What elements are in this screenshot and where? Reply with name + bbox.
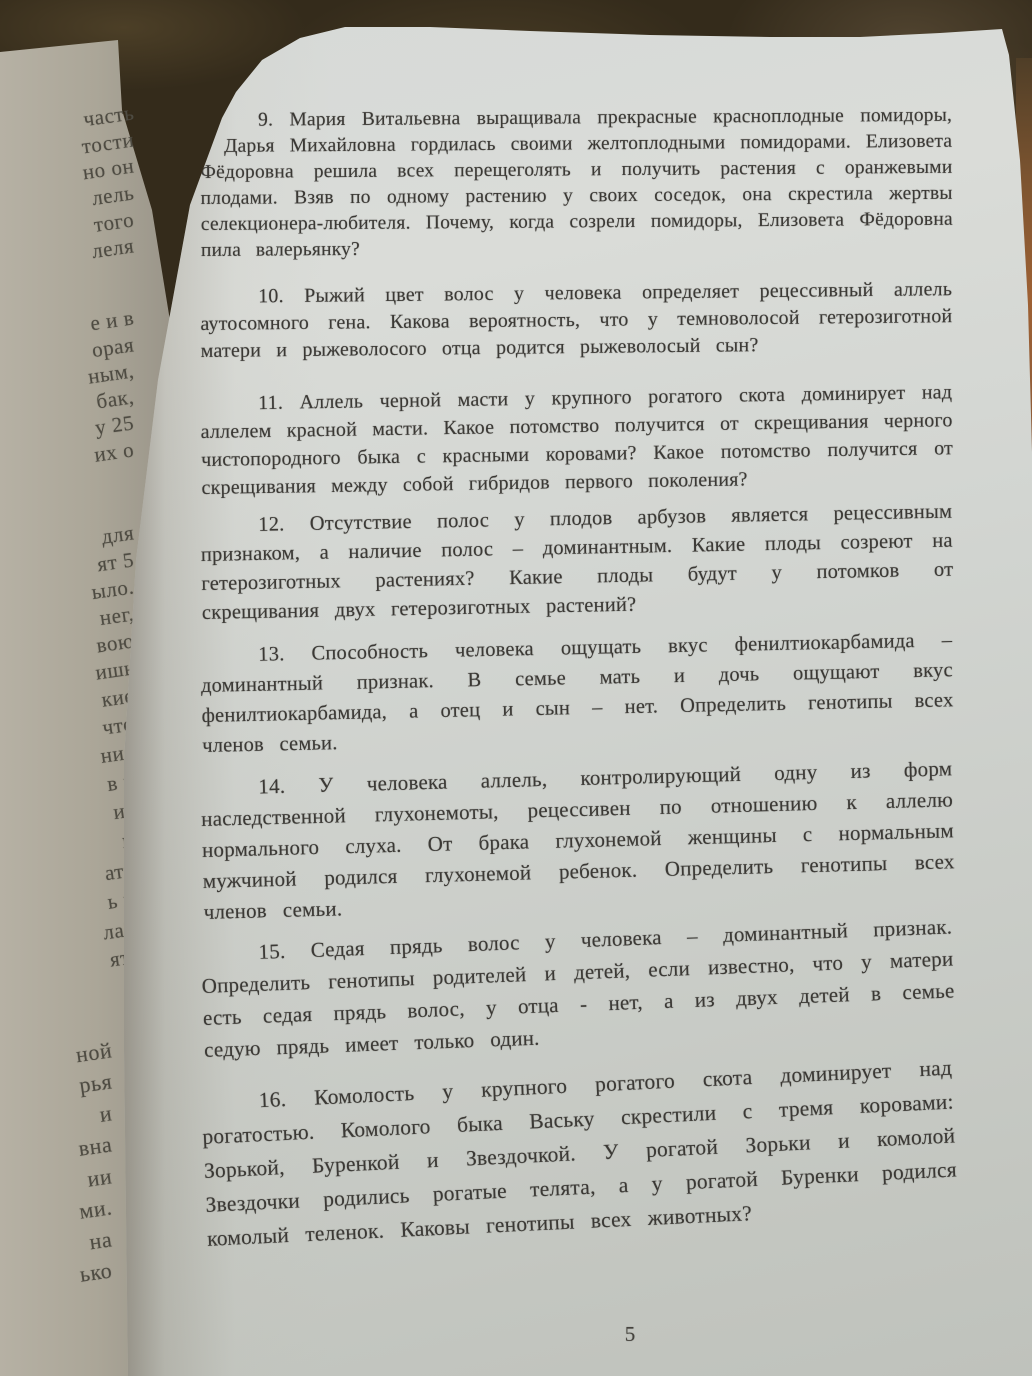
problem-11: 11. Аллель черной масти у крупного рогат… [200,378,954,502]
book-photo: часть тости но он лель того леля е и в о… [0,0,1032,1376]
problem-14: 14. У человека аллель, контролирующий од… [200,753,956,928]
problem-16: 16. Комолость у крупного рогатого скота … [200,1051,959,1256]
right-page: 9. Мария Витальевна выращивала прекрасны… [0,0,1032,1376]
problem-10: 10. Рыжий цвет волос у человека определя… [200,276,953,365]
problem-15: 15. Седая прядь волос у человека – домин… [200,910,956,1065]
problem-9: 9. Мария Витальевна выращивала прекрасны… [200,103,953,264]
page-number: 5 [560,1322,700,1347]
problem-12: 12. Отсутствие полос у плодов арбузов яв… [200,498,954,628]
problem-13: 13. Способность человека ощущать вкус фе… [200,625,954,761]
